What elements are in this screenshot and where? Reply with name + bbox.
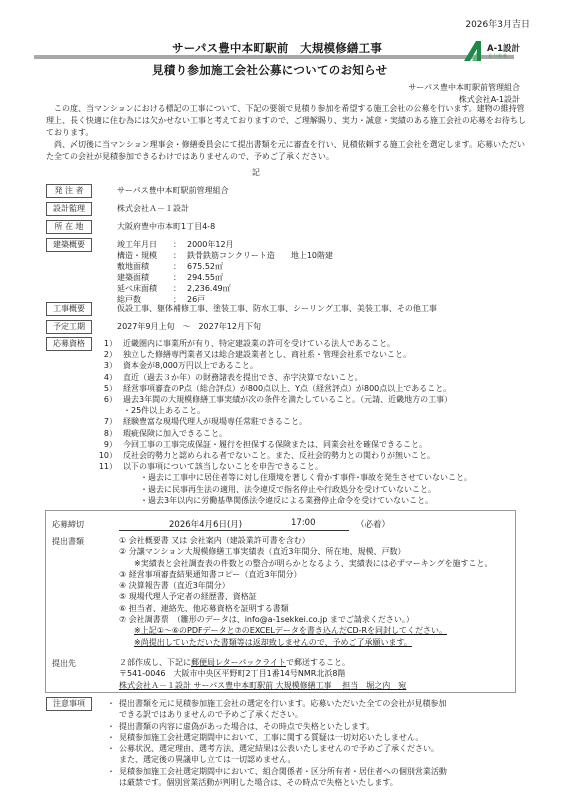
list-item: 4）直近（過去３か年）の財務諸表を提出でき、赤字決算でないこと。 — [95, 372, 472, 383]
label-period: 予定工期 — [46, 320, 92, 334]
label-orderer: 発 注 者 — [46, 184, 92, 198]
list-subitem: ・25件以上あること。 — [95, 405, 472, 416]
logo-subtext: 全力前進 — [488, 53, 508, 59]
notes-list: ・提出書類を元に見積参加施工会社の選定を行います。応募いただいた全ての会社が見積… — [107, 698, 447, 788]
docs-label: 提出書類 — [52, 536, 84, 547]
docs-list: ① 会社概要書 又は 会社案内（建設業許可書を含む） ② 分譲マンション大規模修… — [119, 535, 492, 648]
company-logo: A-1設計 全力前進 — [463, 40, 538, 62]
label-design: 設計監理 — [46, 202, 92, 216]
list-item: ⑥ 担当者、連絡先、他応募資格を証明する書類 — [119, 603, 492, 614]
list-item: 7）経験豊富な現場代理人が現場専任常駐できること。 — [95, 416, 472, 427]
docs-return-note: ※尚提出していただいた書類等は返却致しませんので、予めご了承願います。 — [119, 637, 492, 648]
list-item: ・公募状況、選定理由、選考方法、選定結果は公表いたしませんので予めご了承ください… — [107, 743, 447, 754]
document-title: サーパス豊中本町駅前 大規模修繕工事 — [172, 40, 382, 56]
list-item-cont: できる訳ではありませんので予めご了承ください。 — [107, 709, 447, 720]
intro-text: この度、当マンションにおける標記の工事について、下記の要領で見積り参加を希望する… — [46, 103, 526, 163]
list-item-cont: また、選定後の異議申し立ては一切認めません。 — [107, 754, 447, 765]
label-location: 所 在 地 — [46, 220, 92, 234]
list-subitem: ・過去3年以内に労働基準関係法令違反による業務停止命令を受けていないこと。 — [95, 495, 472, 506]
intro-paragraph: この度、当マンションにおける標記の工事について、下記の要領で見積り参加を希望する… — [46, 103, 526, 139]
qualification-list: 1）近畿圏内に事業所が有り、特定建設業の許可を受けている法人であること。 2）独… — [95, 338, 472, 506]
list-item: 11）以下の事項について該当しないことを申告できること。 — [95, 461, 472, 472]
list-item: 10）反社会的勢力と認められる者でないこと。また、反社会的勢力との関わりが無いこ… — [95, 450, 472, 461]
list-item: 5）経営事項審査のP点（総合評点）が800点以上、Y点（経営評点）が800点以上… — [95, 383, 472, 394]
list-item: 3）資本金が8,000万円以上であること。 — [95, 360, 472, 371]
list-item: ・提出書類を元に見積参加施工会社の選定を行います。応募いただいた全ての会社が見積… — [107, 698, 447, 709]
label-building: 建築概要 — [46, 238, 92, 252]
building-specs: 竣工年月日：2000年12月 構造・規模：鉄骨鉄筋コンクリート造 地上10階建 … — [117, 239, 333, 305]
issue-date: 2026年3月吉日 — [465, 17, 530, 30]
list-subitem: ・過去に工事中に居住者等に対し住環境を著しく脅かす事件･事故を発生させていないこ… — [95, 472, 472, 483]
list-item: 6）過去3年間の大規模修繕工事実績が次の条件を満たしていること。（元請、近畿地方… — [95, 394, 472, 405]
list-item: 2）独立した修繕専門業者又は総合建設業者とし、商社系・管理会社系でないこと。 — [95, 349, 472, 360]
label-qualification: 応募資格 — [46, 337, 92, 351]
list-item-cont: は厳禁です。個別営業活動が判明した場合は、その時点で失格といたします。 — [107, 777, 447, 788]
issuer-association: サーパス豊中本町駅前管理組合 — [408, 82, 520, 94]
ki-heading: 記 — [252, 167, 260, 178]
deadline-line: 2026年4月6日(月) 17:00 — [119, 518, 349, 531]
intro-paragraph: 尚、〆切後に当マンション理事会・修繕委員会にて提出書類を元に審査を行い、見積依頼… — [46, 139, 526, 163]
spec-row: 延べ床面積：2,236.49㎡ — [117, 283, 333, 294]
docs-note: ※実績表と会社調査表の件数との整合が明らかとなるよう、実績表には必ずマーキングを… — [119, 558, 492, 569]
list-item: ・見積参加施工会社選定期間中において、工事に関する質疑は一切対応いたしません。 — [107, 732, 447, 743]
logo-a-icon — [463, 40, 485, 62]
list-item: ③ 経営事項審査結果通知書コピー（直近3年間分） — [119, 569, 492, 580]
docs-cdr-note: ※上記①～⑥のPDFデータと⑦のEXCELデータを書き込んだCD-Rを同封してく… — [119, 625, 492, 636]
title-rule — [34, 55, 514, 59]
list-item: 9）今回工事の工事完成保証・履行を担保する保険または、同業会社を確保できること。 — [95, 439, 472, 450]
deadline-time: 17:00 — [291, 518, 316, 528]
list-subitem: ・過去に民事再生法の適用、法令違反で指名停止や行政処分を受けていないこと。 — [95, 484, 472, 495]
label-work: 工事概要 — [46, 302, 92, 316]
document-subtitle: 見積り参加施工会社公募についてのお知らせ — [152, 62, 387, 78]
deadline-label: 応募締切 — [52, 519, 84, 530]
spec-row: 構造・規模：鉄骨鉄筋コンクリート造 地上10階建 — [117, 250, 333, 261]
orderer-value: サーパス豊中本町駅前管理組合 — [117, 185, 229, 197]
list-item: 1）近畿圏内に事業所が有り、特定建設業の許可を受けている法人であること。 — [95, 338, 472, 349]
spec-row: 建築面積：294.55㎡ — [117, 272, 333, 283]
list-item: 8）瑕疵保険に加入できること。 — [95, 428, 472, 439]
destination: ２部作成し、下記に郵便局レターパックライトで郵送すること。 〒541-0046 … — [119, 657, 406, 691]
location-value: 大阪府豊中市本町1丁目4-8 — [117, 221, 215, 233]
list-item: ① 会社概要書 又は 会社案内（建設業許可書を含む） — [119, 535, 492, 546]
dest-line1: ２部作成し、下記に郵便局レターパックライトで郵送すること。 — [119, 657, 406, 668]
list-item: ・提出書類の内容に虚偽があった場合は、その時点で失格といたします。 — [107, 721, 447, 732]
spec-row: 竣工年月日：2000年12月 — [117, 239, 333, 250]
deadline-date: 2026年4月6日(月) — [169, 518, 242, 530]
list-item: ② 分譲マンション大規模修繕工事実績表（直近3年間分、所在地、規模、戸数） — [119, 546, 492, 557]
dest-label: 提出先 — [52, 658, 76, 669]
design-value: 株式会社Ａ－１設計 — [117, 203, 189, 215]
period-value: 2027年9月上旬 ～ 2027年12月下旬 — [117, 321, 261, 333]
dest-recipient: 株式会社Ａ－１設計 サーパス豊中本町駅前 大規模修繕工事 担当 堀之内 宛 — [119, 680, 406, 691]
work-value: 仮設工事、躯体補修工事、塗装工事、防水工事、シーリング工事、美装工事、その他工事 — [117, 303, 437, 315]
spec-row: 敷地面積：675.52㎡ — [117, 261, 333, 272]
list-item: ・見積参加施工会社選定期間中において、組合関係者・区分所有者・居住者への個別営業… — [107, 766, 447, 777]
deadline-note: （必着） — [356, 518, 390, 530]
dest-address: 〒541-0046 大阪市中央区平野町2丁目1番14号NMR北浜8階 — [119, 668, 406, 679]
list-item: ⑦ 会社調書票 （雛形のデータは、info@a-1sekkei.co.jp まで… — [119, 614, 492, 625]
list-item: ⑤ 現場代理人予定者の経歴書、資格証 — [119, 591, 492, 602]
submission-box: 応募締切 2026年4月6日(月) 17:00 （必着） 提出書類 ① 会社概要… — [45, 510, 516, 693]
list-item: ④ 決算報告書（直近3年間分） — [119, 580, 492, 591]
label-notes: 注意事項 — [46, 697, 92, 711]
